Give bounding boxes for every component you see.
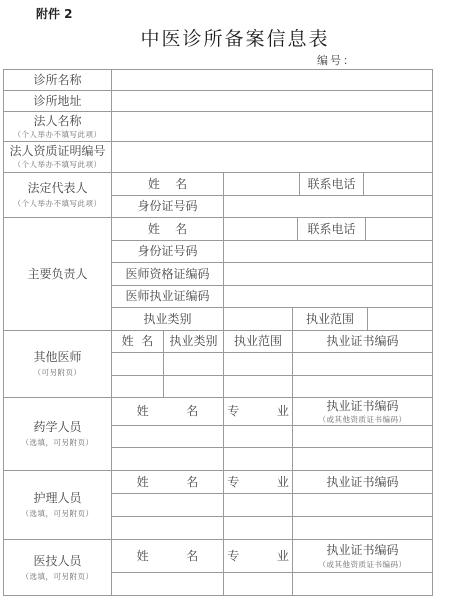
nursing-label-text: 护理人员 <box>33 491 81 506</box>
pharmacy-col-name: 姓 名 <box>111 397 224 426</box>
nursing-row1-major[interactable] <box>223 493 293 517</box>
other-doctors-col-type-text: 执业类别 <box>169 334 217 349</box>
clinic-address-label-text: 诊所地址 <box>33 94 81 109</box>
clinic-name-field[interactable] <box>111 69 433 91</box>
legal-rep-id-field[interactable] <box>223 195 433 218</box>
pharmacy-label-text: 药学人员 <box>33 420 81 435</box>
legal-rep-id-label: 身份证号码 <box>111 195 224 218</box>
principal-label: 主要负责人 <box>3 217 112 331</box>
medtech-col-cert: 执业证书编码 （或其他资质证书编码） <box>292 539 433 573</box>
legal-rep-phone-label-text: 联系电话 <box>307 177 355 192</box>
other-doctors-row2-scope[interactable] <box>223 375 293 398</box>
pharmacy-col-major-text: 专 业 <box>217 404 299 419</box>
principal-practice-cert-label: 医师执业证编码 <box>111 285 224 308</box>
pharmacy-col-cert-note: （或其他资质证书编码） <box>319 415 407 424</box>
principal-name-label: 姓 名 <box>111 217 224 241</box>
principal-practice-type-field[interactable] <box>223 307 293 331</box>
legal-name-label: 法人名称 （个人举办不填写此项） <box>3 111 112 142</box>
pharmacy-col-major: 专 业 <box>223 397 293 426</box>
clinic-name-label: 诊所名称 <box>3 69 112 91</box>
principal-id-label: 身份证号码 <box>111 240 224 263</box>
medtech-row1-major[interactable] <box>223 572 293 596</box>
legal-rep-phone-field[interactable] <box>363 172 433 196</box>
legal-cert-label: 法人资质证明编号 （个人举办不填写此项） <box>3 141 112 173</box>
legal-rep-name-label-text: 姓 名 <box>148 177 187 192</box>
nursing-row2-cert[interactable] <box>292 516 433 540</box>
legal-rep-label: 法定代表人 （个人举办不填写此项） <box>3 172 112 218</box>
principal-practice-scope-label-text: 执业范围 <box>306 312 354 327</box>
other-doctors-row1-scope[interactable] <box>223 352 293 376</box>
principal-practice-scope-label: 执业范围 <box>292 307 368 331</box>
legal-cert-note: （个人举办不填写此项） <box>14 160 102 169</box>
medtech-label: 医技人员 （选填，可另附页） <box>3 539 112 596</box>
other-doctors-col-scope: 执业范围 <box>223 330 293 353</box>
principal-qual-cert-label: 医师资格证编码 <box>111 262 224 286</box>
other-doctors-row1-name[interactable] <box>111 352 164 376</box>
nursing-label: 护理人员 （选填，可另附页） <box>3 470 112 540</box>
other-doctors-row1-cert[interactable] <box>292 352 433 376</box>
legal-rep-label-text: 法定代表人 <box>27 181 87 196</box>
principal-practice-type-label: 执业类别 <box>111 307 224 331</box>
medtech-col-cert-text: 执业证书编码 <box>326 543 398 558</box>
nursing-row2-major[interactable] <box>223 516 293 540</box>
pharmacy-row1-cert[interactable] <box>292 425 433 448</box>
nursing-col-major-text: 专 业 <box>217 475 299 490</box>
medtech-note: （选填，可另附页） <box>22 572 94 581</box>
pharmacy-row1-name[interactable] <box>111 425 224 448</box>
pharmacy-col-name-text: 姓 名 <box>127 404 209 419</box>
principal-name-label-text: 姓 名 <box>148 222 187 237</box>
other-doctors-label-text: 其他医师 <box>33 350 81 365</box>
pharmacy-col-cert-text: 执业证书编码 <box>326 399 398 414</box>
principal-phone-label: 联系电话 <box>297 217 366 241</box>
principal-qual-cert-label-text: 医师资格证编码 <box>125 267 209 282</box>
nursing-col-cert-text: 执业证书编码 <box>326 475 398 490</box>
medtech-label-text: 医技人员 <box>33 554 81 569</box>
clinic-name-label-text: 诊所名称 <box>33 73 81 88</box>
attachment-label: 附件 2 <box>36 5 73 22</box>
legal-name-field[interactable] <box>111 111 433 142</box>
legal-name-note: （个人举办不填写此项） <box>14 130 102 139</box>
nursing-col-cert: 执业证书编码 <box>292 470 433 494</box>
other-doctors-row2-cert[interactable] <box>292 375 433 398</box>
medtech-col-name: 姓 名 <box>111 539 224 573</box>
page-title: 中医诊所备案信息表 <box>0 24 470 51</box>
other-doctors-note: （可另附页） <box>34 368 82 377</box>
principal-id-label-text: 身份证号码 <box>137 244 197 259</box>
other-doctors-col-name-text: 姓 名 <box>122 334 154 349</box>
legal-cert-field[interactable] <box>111 141 433 173</box>
medtech-col-major: 专 业 <box>223 539 293 573</box>
legal-cert-label-text: 法人资质证明编号 <box>9 144 105 159</box>
legal-rep-note: （个人举办不填写此项） <box>14 199 102 208</box>
other-doctors-col-cert: 执业证书编码 <box>292 330 433 353</box>
nursing-row1-name[interactable] <box>111 493 224 517</box>
principal-name-field[interactable] <box>223 217 298 241</box>
nursing-note: （选填，可另附页） <box>22 509 94 518</box>
principal-id-field[interactable] <box>223 240 433 263</box>
principal-practice-scope-field[interactable] <box>367 307 433 331</box>
medtech-col-cert-note: （或其他资质证书编码） <box>319 560 407 569</box>
clinic-address-label: 诊所地址 <box>3 90 112 112</box>
principal-qual-cert-field[interactable] <box>223 262 433 286</box>
pharmacy-row2-name[interactable] <box>111 447 224 471</box>
principal-practice-cert-field[interactable] <box>223 285 433 308</box>
principal-practice-type-label-text: 执业类别 <box>143 312 191 327</box>
nursing-col-name-text: 姓 名 <box>127 475 209 490</box>
legal-rep-phone-label: 联系电话 <box>299 172 364 196</box>
serial-number-label: 编号： <box>317 52 356 68</box>
other-doctors-row2-type[interactable] <box>163 375 224 398</box>
other-doctors-row1-type[interactable] <box>163 352 224 376</box>
other-doctors-col-name: 姓 名 <box>111 330 164 353</box>
nursing-col-major: 专 业 <box>223 470 293 494</box>
other-doctors-label: 其他医师 （可另附页） <box>3 330 112 398</box>
medtech-col-name-text: 姓 名 <box>127 549 209 564</box>
pharmacy-row1-major[interactable] <box>223 425 293 448</box>
pharmacy-label: 药学人员 （选填，可另附页） <box>3 397 112 471</box>
principal-label-text: 主要负责人 <box>27 267 87 282</box>
other-doctors-col-scope-text: 执业范围 <box>234 334 282 349</box>
principal-phone-label-text: 联系电话 <box>307 222 355 237</box>
legal-rep-name-field[interactable] <box>223 172 300 196</box>
legal-rep-id-label-text: 身份证号码 <box>137 199 197 214</box>
other-doctors-col-cert-text: 执业证书编码 <box>326 334 398 349</box>
pharmacy-col-cert: 执业证书编码 （或其他资质证书编码） <box>292 397 433 426</box>
principal-phone-field[interactable] <box>365 217 433 241</box>
other-doctors-row2-name[interactable] <box>111 375 164 398</box>
medtech-row1-name[interactable] <box>111 572 224 596</box>
nursing-row1-cert[interactable] <box>292 493 433 517</box>
pharmacy-row2-major[interactable] <box>223 447 293 471</box>
medtech-col-major-text: 专 业 <box>217 549 299 564</box>
clinic-address-field[interactable] <box>111 90 433 112</box>
legal-name-label-text: 法人名称 <box>33 114 81 129</box>
medtech-row1-cert[interactable] <box>292 572 433 596</box>
nursing-col-name: 姓 名 <box>111 470 224 494</box>
other-doctors-col-type: 执业类别 <box>163 330 224 353</box>
pharmacy-row2-cert[interactable] <box>292 447 433 471</box>
legal-rep-name-label: 姓 名 <box>111 172 224 196</box>
nursing-row2-name[interactable] <box>111 516 224 540</box>
pharmacy-note: （选填，可另附页） <box>22 438 94 447</box>
principal-practice-cert-label-text: 医师执业证编码 <box>125 289 209 304</box>
